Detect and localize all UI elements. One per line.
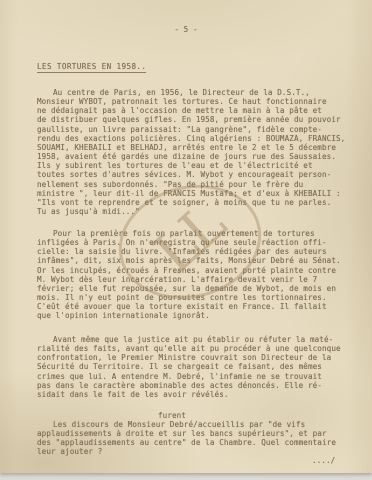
- paragraph-4: Les discours de Monsieur Debré/accueilli…: [37, 420, 347, 457]
- paper-sheet: - 5 - LES TORTURES EN 1958.. Au centre d…: [0, 0, 372, 473]
- page-number: - 5 -: [0, 25, 372, 34]
- continuation-mark: ..../: [312, 456, 335, 465]
- paragraph-3: Avant même que la justice ait pu établir…: [37, 335, 347, 399]
- stamp-letters: LL: [142, 192, 236, 286]
- scanned-document: - 5 - LES TORTURES EN 1958.. Au centre d…: [0, 0, 372, 480]
- document-title: LES TORTURES EN 1958..: [37, 62, 146, 73]
- interline-insertion: furent: [158, 411, 186, 420]
